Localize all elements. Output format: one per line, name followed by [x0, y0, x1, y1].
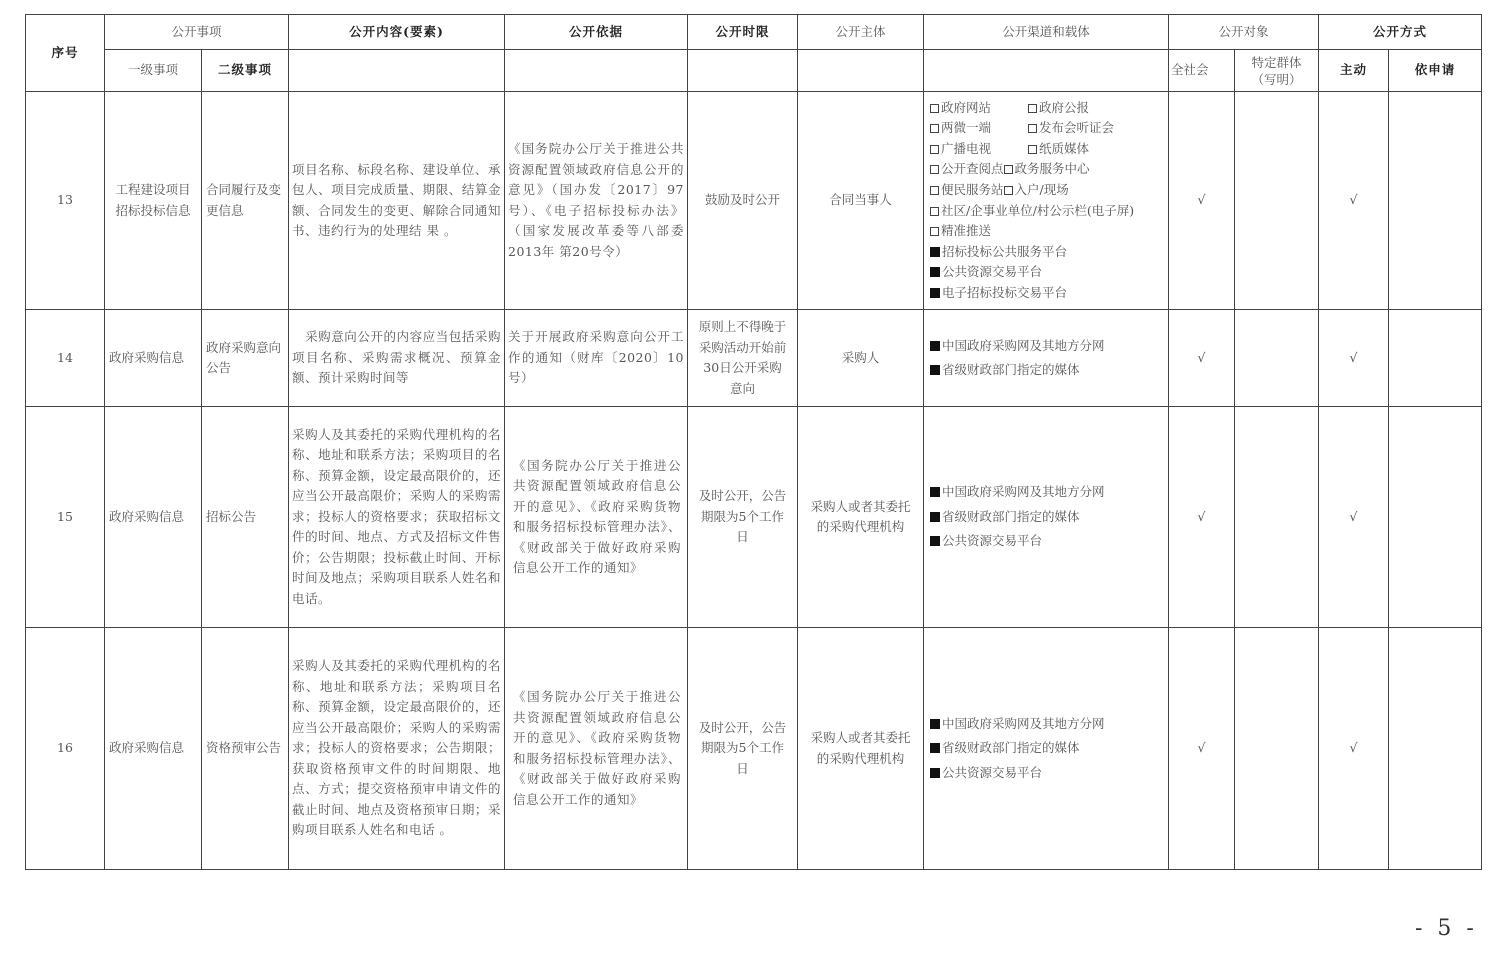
channel-option[interactable]: 发布会听证会: [1028, 118, 1114, 139]
checkbox-filled-icon: [930, 247, 940, 257]
header-empty: [505, 50, 688, 92]
row-time-limit: 原则上不得晚于采购活动开始前30日公开采购意向: [688, 310, 798, 407]
header-seq: 序号: [26, 15, 105, 92]
header-item-group: 公开事项: [105, 15, 289, 50]
row-target-specific: [1235, 310, 1319, 407]
checkbox-filled-icon: [930, 288, 940, 298]
checkbox-filled-icon: [930, 536, 940, 546]
table-row: 14 政府采购信息 政府采购意向公告 采购意向公开的内容应当包括采购项目名称、采…: [26, 310, 1482, 407]
row-target-specific: [1235, 628, 1319, 870]
row-basis: 《国务院办公厅关于推进公共资源配置领域政府信息公开的意见》、《政府采购货物和服务…: [505, 407, 688, 628]
row-subject: 采购人或者其委托的采购代理机构: [798, 407, 924, 628]
channel-pair: 便民服务站 入户/现场: [930, 180, 1162, 201]
checkbox-filled-icon: [930, 341, 940, 351]
checkbox-empty-icon: [930, 145, 939, 154]
checkbox-filled-icon: [930, 487, 940, 497]
checkbox-empty-icon: [1028, 124, 1037, 133]
page-number: - 5 -: [1415, 916, 1478, 941]
channel-option[interactable]: 政务服务中心: [1004, 159, 1090, 180]
checkbox-empty-icon: [930, 186, 939, 195]
row-target-all-check-icon: √: [1169, 628, 1235, 870]
header-level1: 一级事项: [105, 50, 202, 92]
channel-pair: 政府网站 政府公报: [930, 98, 1162, 119]
header-method-group: 公开方式: [1319, 15, 1482, 50]
row-basis: 《国务院办公厅关于推进公共资源配置领域政府信息公开的意见》、《政府采购货物和服务…: [505, 628, 688, 870]
channel-option[interactable]: 便民服务站: [930, 180, 1004, 201]
channel-pair: 公开查阅点 政务服务中心: [930, 159, 1162, 180]
row-level2: 合同履行及变更信息: [202, 92, 289, 310]
row-channels: 中国政府采购网及其地方分网 省级财政部门指定的媒体: [924, 310, 1169, 407]
channel-option[interactable]: 公共资源交易平台: [930, 262, 1162, 283]
row-level1: 工程建设项目招标投标信息: [105, 92, 202, 310]
row-time-limit: 及时公开，公告期限为5个工作日: [688, 628, 798, 870]
row-basis: 关于开展政府采购意向公开工作的通知（财库〔2020〕10号）: [505, 310, 688, 407]
channel-option[interactable]: 中国政府采购网及其地方分网: [930, 334, 1162, 359]
row-content: 采购人及其委托的采购代理机构的名称、地址和联系方法；采购项目名称、预算金额，设定…: [289, 628, 505, 870]
row-level2: 政府采购意向公告: [202, 310, 289, 407]
channel-pair: 广播电视 纸质媒体: [930, 139, 1162, 160]
checkbox-empty-icon: [1004, 165, 1013, 174]
row-basis: 《国务院办公厅关于推进公共资源配置领域政府信息公开的意见》（国办发〔2017〕9…: [505, 92, 688, 310]
channel-option[interactable]: 纸质媒体: [1028, 139, 1089, 160]
row-seq: 16: [26, 628, 105, 870]
header-method-request: 依申请: [1389, 50, 1482, 92]
row-target-all-check-icon: √: [1169, 407, 1235, 628]
header-empty: [289, 50, 505, 92]
header-basis: 公开依据: [505, 15, 688, 50]
row-method-active-check-icon: √: [1319, 628, 1389, 870]
row-method-request: [1389, 310, 1482, 407]
channel-option[interactable]: 省级财政部门指定的媒体: [930, 736, 1162, 761]
table-row: 16 政府采购信息 资格预审公告 采购人及其委托的采购代理机构的名称、地址和联系…: [26, 628, 1482, 870]
row-method-request: [1389, 407, 1482, 628]
header-row-1: 序号 公开事项 公开内容(要素) 公开依据 公开时限 公开主体 公开渠道和载体 …: [26, 15, 1482, 50]
row-content: 采购人及其委托的采购代理机构的名称、地址和联系方法；采购项目的名称、预算金额，设…: [289, 407, 505, 628]
channel-option[interactable]: 政府网站: [930, 98, 1028, 119]
row-content: 项目名称、标段名称、建设单位、承包人、项目完成质量、期限、结算金额、合同发生的变…: [289, 92, 505, 310]
row-target-all-check-icon: √: [1169, 310, 1235, 407]
row-level2: 招标公告: [202, 407, 289, 628]
row-level1: 政府采购信息: [105, 628, 202, 870]
row-channels: 中国政府采购网及其地方分网 省级财政部门指定的媒体 公共资源交易平台: [924, 407, 1169, 628]
header-time-limit: 公开时限: [688, 15, 798, 50]
header-subject: 公开主体: [798, 15, 924, 50]
row-channels: 政府网站 政府公报 两微一端 发布会听证会 广播电视 纸质媒体 公开查阅点 政务…: [924, 92, 1169, 310]
channel-option[interactable]: 电子招标投标交易平台: [930, 283, 1162, 304]
header-content: 公开内容(要素): [289, 15, 505, 50]
row-content: 采购意向公开的内容应当包括采购项目名称、采购需求概况、预算金额、预计采购时间等: [289, 310, 505, 407]
header-channels: 公开渠道和载体: [924, 15, 1169, 50]
channel-option[interactable]: 公开查阅点: [930, 159, 1004, 180]
row-time-limit: 鼓励及时公开: [688, 92, 798, 310]
row-level1: 政府采购信息: [105, 310, 202, 407]
header-empty: [688, 50, 798, 92]
header-target-all: 全社会: [1169, 50, 1235, 92]
header-target-specific: 特定群体（写明）: [1235, 50, 1319, 92]
channel-option[interactable]: 两微一端: [930, 118, 1028, 139]
row-method-active-check-icon: √: [1319, 407, 1389, 628]
checkbox-empty-icon: [1028, 104, 1037, 113]
channel-option[interactable]: 公共资源交易平台: [930, 761, 1162, 786]
row-subject: 合同当事人: [798, 92, 924, 310]
row-method-request: [1389, 92, 1482, 310]
checkbox-filled-icon: [930, 267, 940, 277]
row-target-specific: [1235, 407, 1319, 628]
channel-option[interactable]: 入户/现场: [1004, 180, 1069, 201]
channel-pair: 两微一端 发布会听证会: [930, 118, 1162, 139]
row-level2: 资格预审公告: [202, 628, 289, 870]
channel-option[interactable]: 省级财政部门指定的媒体: [930, 505, 1162, 530]
row-target-all-check-icon: √: [1169, 92, 1235, 310]
checkbox-filled-icon: [930, 719, 940, 729]
channel-option[interactable]: 社区/企事业单位/村公示栏(电子屏): [930, 201, 1162, 222]
header-empty: [924, 50, 1169, 92]
channel-option[interactable]: 政府公报: [1028, 98, 1089, 119]
disclosure-table: 序号 公开事项 公开内容(要素) 公开依据 公开时限 公开主体 公开渠道和载体 …: [25, 14, 1482, 870]
channel-option[interactable]: 广播电视: [930, 139, 1028, 160]
checkbox-filled-icon: [930, 768, 940, 778]
checkbox-filled-icon: [930, 512, 940, 522]
channel-option[interactable]: 公共资源交易平台: [930, 529, 1162, 554]
checkbox-empty-icon: [1004, 186, 1013, 195]
channel-option[interactable]: 招标投标公共服务平台: [930, 242, 1162, 263]
channel-option[interactable]: 省级财政部门指定的媒体: [930, 358, 1162, 383]
row-target-specific: [1235, 92, 1319, 310]
row-subject: 采购人或者其委托的采购代理机构: [798, 628, 924, 870]
row-subject: 采购人: [798, 310, 924, 407]
row-time-limit: 及时公开，公告期限为5个工作日: [688, 407, 798, 628]
header-empty: [798, 50, 924, 92]
row-seq: 14: [26, 310, 105, 407]
checkbox-filled-icon: [930, 743, 940, 753]
checkbox-empty-icon: [930, 104, 939, 113]
table-row: 13 工程建设项目招标投标信息 合同履行及变更信息 项目名称、标段名称、建设单位…: [26, 92, 1482, 310]
header-row-2: 一级事项 二级事项 全社会 特定群体（写明） 主动 依申请: [26, 50, 1482, 92]
row-channels: 中国政府采购网及其地方分网 省级财政部门指定的媒体 公共资源交易平台: [924, 628, 1169, 870]
header-target-group: 公开对象: [1169, 15, 1319, 50]
row-level1: 政府采购信息: [105, 407, 202, 628]
row-method-active-check-icon: √: [1319, 92, 1389, 310]
row-seq: 15: [26, 407, 105, 628]
channel-option[interactable]: 中国政府采购网及其地方分网: [930, 480, 1162, 505]
checkbox-empty-icon: [930, 207, 939, 216]
checkbox-empty-icon: [930, 165, 939, 174]
checkbox-filled-icon: [930, 365, 940, 375]
checkbox-empty-icon: [930, 124, 939, 133]
checkbox-empty-icon: [1028, 145, 1037, 154]
row-method-active-check-icon: √: [1319, 310, 1389, 407]
row-method-request: [1389, 628, 1482, 870]
checkbox-empty-icon: [930, 227, 939, 236]
header-level2: 二级事项: [202, 50, 289, 92]
row-seq: 13: [26, 92, 105, 310]
table-row: 15 政府采购信息 招标公告 采购人及其委托的采购代理机构的名称、地址和联系方法…: [26, 407, 1482, 628]
channel-option[interactable]: 中国政府采购网及其地方分网: [930, 712, 1162, 737]
header-method-active: 主动: [1319, 50, 1389, 92]
channel-option[interactable]: 精准推送: [930, 221, 1162, 242]
